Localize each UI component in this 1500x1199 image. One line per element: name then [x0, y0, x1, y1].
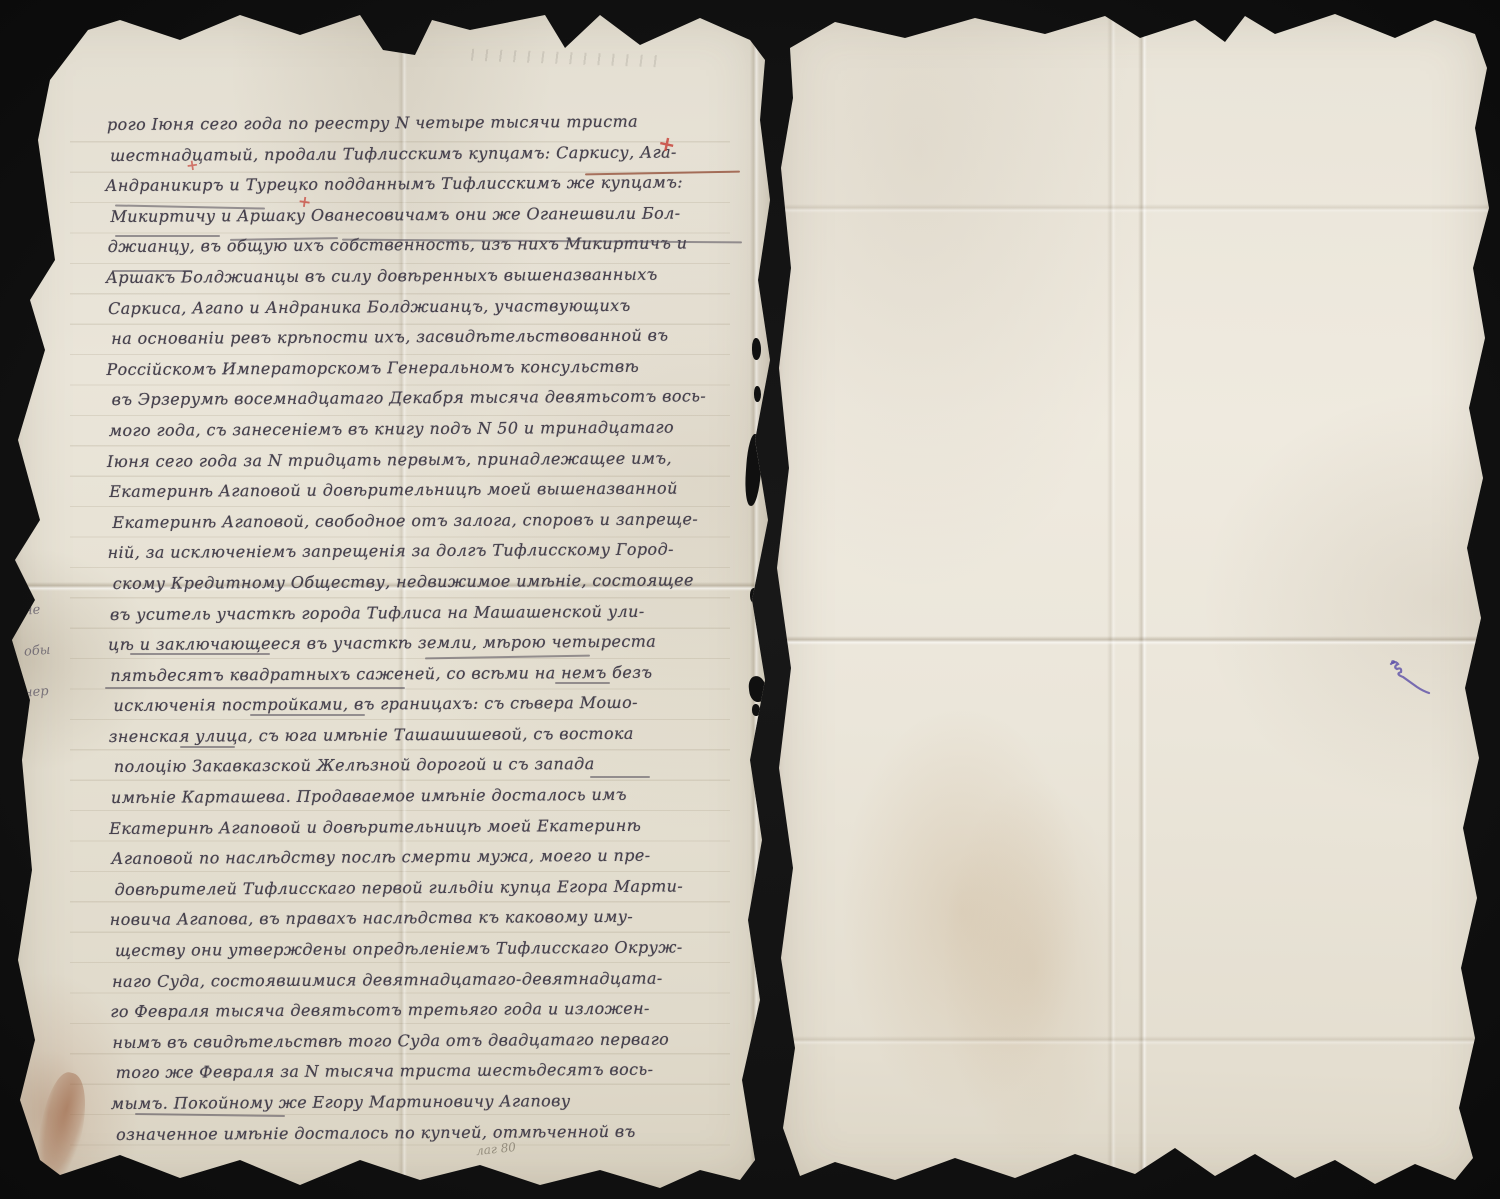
tear-hole [750, 588, 759, 603]
left-page: рого Іюня сего года по реестру N четыре … [10, 4, 772, 1196]
handwritten-line: наго Суда, состоявшимися девятнадцатаго-… [112, 963, 762, 998]
fold-crease-horizontal-faint [775, 1036, 1492, 1045]
handwritten-line: Саркиса, Агапо и Андраника Болджианцъ, у… [108, 290, 758, 325]
margin-fragment: обы [24, 641, 71, 659]
handwritten-line: мого года, съ занесеніемъ въ книгу подъ … [109, 412, 759, 447]
margin-fragment: не [24, 600, 71, 618]
margin-fragment: нер [24, 682, 71, 700]
handwritten-line: ществу они утверждены опредѣленіемъ Тифл… [115, 932, 762, 967]
handwritten-line: скому Кредитному Обществу, недвижимое им… [113, 565, 760, 600]
handwritten-line: имѣніе Карташева. Продаваемое имѣніе дос… [111, 779, 761, 814]
handwritten-line: зненская улица, съ юга имѣніе Ташашишево… [109, 718, 761, 753]
fold-crease-vertical-faint [1107, 8, 1116, 1194]
red-cross-mark: + [185, 155, 200, 175]
handwritten-line: пятьдесятъ квадратныхъ саженей, со всѣми… [110, 657, 760, 692]
handwritten-line: на основаніи ревъ крѣпости ихъ, засвидѣт… [111, 320, 758, 355]
handwritten-line: въ уситель участкѣ города Тифлиса на Маш… [110, 596, 760, 631]
faint-pencil-inscription [465, 49, 665, 68]
scanner-background: рого Іюня сего года по реестру N четыре … [0, 0, 1500, 1199]
red-cross-mark: + [297, 191, 313, 212]
handwritten-line: Екатеринѣ Агаповой и довѣрительницѣ моей… [109, 810, 761, 845]
handwritten-line: Агаповой по наслѣдству послѣ смерти мужа… [111, 840, 761, 875]
handwritten-line: означенное имѣніе досталось по купчей, о… [116, 1116, 763, 1151]
handwritten-line: ній, за исключеніемъ запрещенія за долгъ… [107, 534, 759, 569]
violet-ink-squiggle [1383, 656, 1437, 700]
fold-crease-vertical [1138, 8, 1147, 1194]
handwritten-line: полоцію Закавказской Желѣзной дорогой и … [114, 748, 761, 783]
handwritten-line: исключенія постройками, въ границахъ: съ… [113, 687, 760, 722]
handwritten-line: Іюня сего года за N тридцать первымъ, пр… [107, 443, 759, 478]
folio-pencil-note: лаг 80 [475, 1140, 516, 1158]
handwritten-line: Екатеринѣ Агаповой и довѣрительницѣ моей… [109, 473, 759, 508]
handwritten-line: цѣ и заключающееся въ участкѣ земли, мѣр… [108, 626, 760, 661]
handwritten-line: нымъ въ свидѣтельствѣ того Суда отъ двад… [112, 1024, 762, 1059]
handwritten-line: мымъ. Покойному же Егору Мартиновичу Ага… [111, 1085, 763, 1120]
handwritten-line: Микиртичу и Аршаку Ованесовичамъ они же … [110, 198, 757, 233]
handwritten-line: новича Агапова, въ правахъ наслѣдства къ… [110, 901, 762, 936]
ink-stain [26, 1069, 95, 1194]
margin-fragments: необынер [24, 602, 70, 725]
handwritten-line: того же Февраля за N тысяча триста шесть… [116, 1054, 763, 1089]
handwritten-text: рого Іюня сего года по реестру N четыре … [107, 106, 763, 1150]
tear-hole [752, 704, 760, 716]
handwritten-line: Аршакъ Болджианцы въ силу довѣренныхъ вы… [106, 259, 758, 294]
handwritten-line: Россійскомъ Императорскомъ Генеральномъ … [106, 351, 758, 386]
fold-crease-horizontal-faint [775, 204, 1492, 213]
handwritten-line: Екатеринѣ Агаповой, свободное отъ залога… [112, 504, 759, 539]
fold-crease-horizontal [775, 636, 1492, 645]
handwritten-line: въ Эрзерумѣ восемнадцатаго Декабря тысяч… [112, 381, 759, 416]
right-page [775, 8, 1492, 1194]
tear-hole [752, 338, 761, 360]
tear-hole [754, 386, 761, 402]
handwritten-line: го Февраля тысяча девятьсотъ третьяго го… [110, 993, 762, 1028]
handwritten-line: джианцу, въ общую ихъ собственность, изъ… [108, 228, 758, 263]
handwritten-line: Андраникиръ и Турецко подданнымъ Тифлисс… [105, 167, 757, 202]
handwritten-line: довѣрителей Тифлисскаго первой гильдіи к… [115, 871, 762, 906]
